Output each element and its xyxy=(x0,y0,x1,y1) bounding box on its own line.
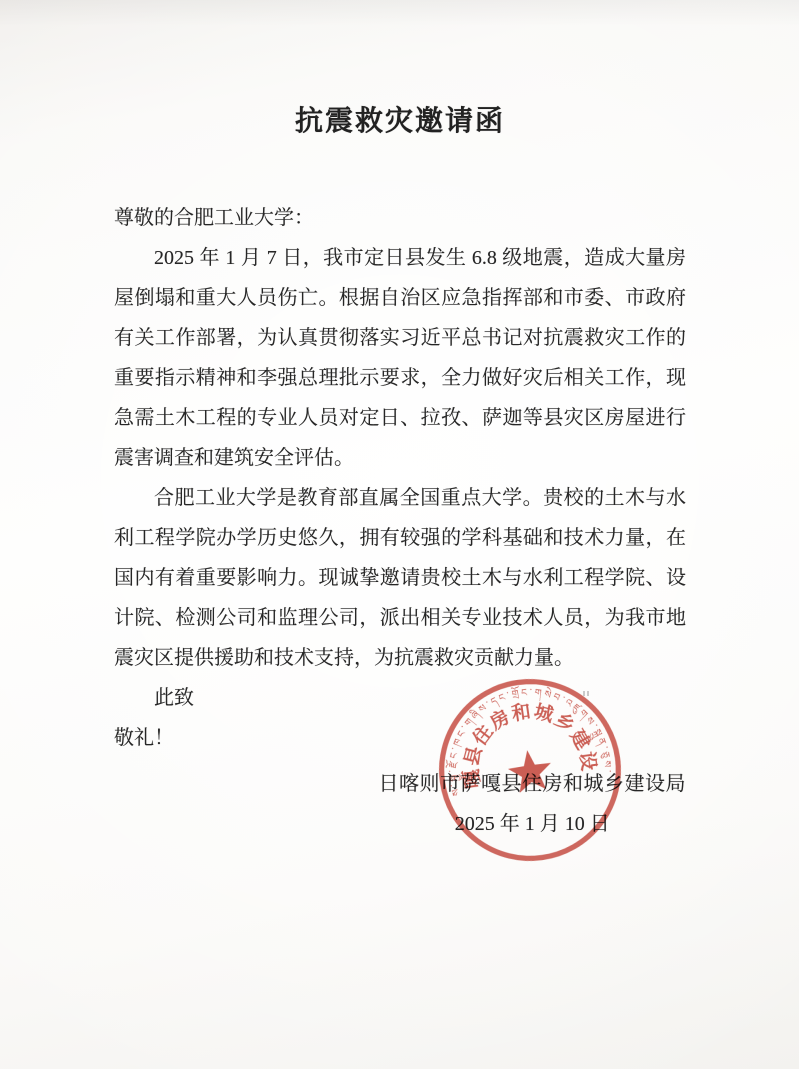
signature-date: 2025 年 1 月 10 日 xyxy=(379,804,687,844)
body-paragraph-1: 2025 年 1 月 7 日，我市定日县发生 6.8 级地震，造成大量房屋倒塌和… xyxy=(114,238,686,478)
scanned-letter-page: 抗震救灾邀请函 尊敬的合肥工业大学： 2025 年 1 月 7 日，我市定日县发… xyxy=(0,0,799,1069)
letter-title: 抗震救灾邀请函 xyxy=(114,102,686,142)
closing-cizhi: 此致 xyxy=(114,678,686,718)
signature-organization: 日喀则市萨嘎县住房和城乡建设局 xyxy=(379,764,687,804)
scan-smudge-artifact xyxy=(583,683,593,689)
signature-inner: 日喀则市萨嘎县住房和城乡建设局 2025 年 1 月 10 日 xyxy=(379,764,687,844)
salutation: 尊敬的合肥工业大学： xyxy=(114,198,686,238)
closing-jingli: 敬礼！ xyxy=(114,718,686,758)
signature-block: 日喀则市萨嘎县住房和城乡建设局 2025 年 1 月 10 日 xyxy=(114,764,686,844)
body-paragraph-2: 合肥工业大学是教育部直属全国重点大学。贵校的土木与水利工程学院办学历史悠久，拥有… xyxy=(114,478,686,678)
